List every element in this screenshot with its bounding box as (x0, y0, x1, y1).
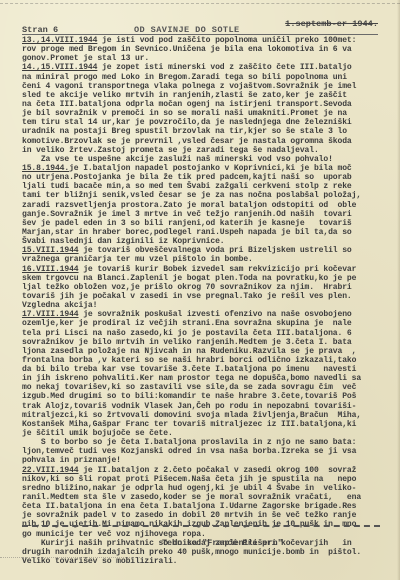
text-line: ozemlje,ker je prodiral iz večjih strani… (22, 319, 380, 328)
line-text: je sovražnik padel v to zasedo in dobil … (22, 511, 356, 520)
text-line: 16.VIII.1944 je tovariš kurir Bobek izve… (22, 265, 380, 274)
entry-date: 14.,15.VIII.1944 (22, 63, 97, 72)
line-text: ljali tudi bacače min,a so med tem Švabi… (22, 182, 352, 191)
text-line: 13.,14.VIII.1944 je isti vod pod zaščito… (22, 36, 380, 45)
text-line: Marjan,star in hraber borec,podlegel ran… (22, 228, 380, 237)
line-text: Švabi naslednji dan izginili iz Koprivni… (22, 237, 224, 246)
line-text: je tovariš kurir Bobek izvedel sam rekvi… (79, 265, 357, 274)
line-text: je ščitil umik bojujoče se čete. (22, 429, 173, 438)
line-text: vražnega graničarja ter mu vzel pištolo … (22, 255, 253, 264)
text-line: na četa III.bataljona odprla močan ogenj… (22, 100, 380, 109)
document-page: Stran 6 OD SAVINJE DO SOTLE 1.septemb-er… (0, 0, 400, 580)
text-line: zaradi razsvetljenja prostora.Zato je mo… (22, 201, 380, 210)
dashed-divider (22, 525, 380, 527)
text-line: izgub.Med drugimi so to bili:komandir te… (22, 392, 380, 401)
line-text: uradnik na postaji Breg spustil brzovlak… (22, 127, 347, 136)
line-text: je zopet isti minerski vod z zaščito čet… (97, 63, 351, 72)
text-line: nikov,ki so šli ropat proti Pišecem.Naša… (22, 475, 380, 484)
entry-date: 15.VIII.1944 (22, 246, 79, 255)
line-text: četa II.bataljona in ena četa I.bataljon… (22, 502, 356, 511)
text-line: četa II.bataljona in ena četa I.bataljon… (22, 502, 380, 511)
line-text: trak Alojz,tovariš vodnik Vlasek Jan,Čeh… (22, 402, 356, 411)
line-text: rov proge med Bregom in Sevnico.Uničena … (22, 45, 352, 54)
line-text: je sovražnik poskušal izvesti ofenzivo n… (79, 310, 352, 319)
text-line: ljon,temveč tudi ves Kozjanski odred in … (22, 447, 380, 456)
text-line: tami ter bližnji senik,vsled česar se je… (22, 191, 380, 200)
line-text: mitraljezci,ki so žrtvovali domovini svo… (22, 411, 361, 420)
line-text: Vzgledna akcija! (22, 301, 97, 310)
text-line: je sovražnik padel v to zasedo in dobil … (22, 511, 380, 520)
text-line: šev je padel eden in 3 so bili ranjeni,o… (22, 219, 380, 228)
line-text: ljon,temveč tudi ves Kozjanski odred in … (22, 447, 356, 456)
line-text: S to borbo so je četa I.bataljona prosla… (22, 438, 356, 447)
text-line: ganje.Sovražnik je imel 3 mrtve in več t… (22, 210, 380, 219)
text-line: skem trgovcu na Blanci.Zaplenil je bogat… (22, 274, 380, 283)
line-text: tovariš jih je počakal v zasedi in vse p… (22, 292, 352, 301)
text-line: in jih iskreno pohvaliti.Ker nam prostor… (22, 374, 380, 383)
text-line: na miniral progo med Loko in Bregom.Zara… (22, 73, 380, 82)
text-line: tela pri Lisci na našo zasedo,ki jo je p… (22, 329, 380, 338)
line-text: izgub.Med drugimi so to bili:komandir te… (22, 392, 356, 401)
text-line: je bil sovražnik v premoči in so se mora… (22, 109, 380, 118)
line-text: tami ter bližnji senik,vsled česar se je… (22, 191, 361, 200)
text-line: komotive.Brzovlak se je prevrnil ,vsled … (22, 137, 380, 146)
line-text: Za vse te uspešne akcije zasluži naš min… (22, 155, 333, 164)
text-line: 14.,15.VIII.1944 je zopet isti minerski … (22, 63, 380, 72)
line-text: je tovariš obveščevalnega voda pri Bizel… (79, 246, 352, 255)
text-line: trak Alojz,tovariš vodnik Vlasek Jan,Čeh… (22, 402, 380, 411)
line-text: je isti vod pod zaščito popolnoma uničil… (97, 36, 356, 45)
line-text: komotive.Brzovlak se je prevrnil ,vsled … (22, 137, 352, 146)
line-text: pohvala in priznanje! (22, 456, 121, 465)
text-line: Vzgledna akcija! (22, 301, 380, 310)
line-text: tela pri Lisci na našo zasedo,ki jo je p… (22, 329, 352, 338)
line-text: na četa III.bataljona odprla močan ogenj… (22, 100, 352, 109)
line-text: mo nekaj tovarišev,ki so zastavili vse s… (22, 383, 356, 392)
line-text: zaradi razsvetljenja prostora.Zato je mo… (22, 201, 356, 210)
text-line: gonov.Promet je stal 13 ur. (22, 54, 380, 63)
text-line: sled te akcije veliko mrtvih in ranjenih… (22, 91, 380, 100)
text-line: Švabi naslednji dan izginili iz Koprivni… (22, 237, 380, 246)
line-text: ljal težko obložen voz,je prišlo okrog 7… (22, 283, 352, 292)
text-line: 17.VIII.1944 je sovražnik poskušal izves… (22, 310, 380, 319)
text-line: 15.VIII.1944 je tovariš obveščevalnega v… (22, 246, 380, 255)
line-text: na miniral progo med Loko in Bregom.Zara… (22, 73, 347, 82)
line-text: nikov,ki so šli ropat proti Pišecem.Naša… (22, 475, 356, 484)
text-line: no utrjena.Postojanka je bila že tik pre… (22, 173, 380, 182)
text-line: Kostanšek Miha,Gašpar Franc ter tovariš … (22, 420, 380, 429)
text-line: rov proge med Bregom in Sevnico.Uničena … (22, 45, 380, 54)
entry-date: 16.VIII.1944 (22, 265, 79, 274)
text-line: ranil.Medtem sta šle v zasedo,koder se j… (22, 493, 380, 502)
footer-credit: Tehnika:"Francé Prešern" (162, 538, 283, 548)
line-text: je I.bataljon napadel postojanko v Kopri… (69, 164, 352, 173)
text-line: frontalna borba ,v kateri so se naši hra… (22, 356, 380, 365)
line-text: gonov.Promet je stal 13 ur. (22, 54, 149, 63)
entry-date: 13.,14.VIII.1944 (22, 36, 97, 45)
text-line: S to borbo so je četa I.bataljona prosla… (22, 438, 380, 447)
text-line: vražnega graničarja ter mu vzel pištolo … (22, 255, 380, 264)
line-text: sredno bližino,nakar je odprla hud ogenj… (22, 484, 356, 493)
line-text: je II.bataljon z 2.četo počakal v zasedi… (79, 466, 357, 475)
issue-date: 1.septemb-er 1944. (285, 19, 378, 29)
line-text: sled te akcije veliko mrtvih in ranjenih… (22, 91, 347, 100)
entry-date: 15.8.1944. (22, 164, 69, 173)
text-line: ljona zasedla položaje na Njivcah in na … (22, 347, 380, 356)
line-text: je bil sovražnik v premoči in so se mora… (22, 109, 347, 118)
text-line: čeni 4 vagoni transportnega vlaka polneg… (22, 82, 380, 91)
entry-date: 17.VIII.1944 (22, 310, 79, 319)
text-line: uradnik na postaji Breg spustil brzovlak… (22, 127, 380, 136)
text-line: ljal težko obložen voz,je prišlo okrog 7… (22, 283, 380, 292)
text-line: Za vse te uspešne akcije zasluži naš min… (22, 155, 380, 164)
text-line: mo nekaj tovarišev,ki so zastavili vse s… (22, 383, 380, 392)
text-line: je ščitil umik bojujoče se čete. (22, 429, 380, 438)
text-line: in veliko žrtev.Zastoj prometa se je zar… (22, 146, 380, 155)
line-text: in veliko žrtev.Zastoj prometa se je zar… (22, 146, 319, 155)
line-text: in jih iskreno pohvaliti.Ker nam prostor… (22, 374, 361, 383)
text-line: sredno bližino,nakar je odprla hud ogenj… (22, 484, 380, 493)
text-line: 15.8.1944.je I.bataljon napadel postojan… (22, 164, 380, 173)
line-text: Marjan,star in hraber borec,podlegel ran… (22, 228, 352, 237)
line-text: no utrjena.Postojanka je bila že tik pre… (22, 173, 352, 182)
line-text: tem tiru stal 14 ur,kar je povzročilo,da… (22, 118, 352, 127)
line-text: šev je padel eden in 3 so bili ranjeni,o… (22, 219, 352, 228)
text-line: sovražnikov je bilo mrtvih in veliko ran… (22, 338, 380, 347)
line-text: drugih narodnih izdajalcih preko 40 pušk… (22, 548, 361, 557)
text-line: 22.VIII.1944 je II.bataljon z 2.četo poč… (22, 466, 380, 475)
line-text: da bi bilo treba kar vse tovariše 3.čete… (22, 365, 356, 374)
entry-date: 22.VIII.1944 (22, 466, 79, 475)
line-text: frontalna borba ,v kateri so se naši hra… (22, 356, 356, 365)
header-rule (22, 34, 378, 35)
text-line: tovariš jih je počakal v zasedi in vse p… (22, 292, 380, 301)
line-text: ganje.Sovražnik je imel 3 mrtve in več t… (22, 210, 352, 219)
text-line: drugih narodnih izdajalcih preko 40 pušk… (22, 548, 380, 557)
text-line: da bi bilo treba kar vse tovariše 3.čete… (22, 365, 380, 374)
line-text: sovražnikov je bilo mrtvih in veliko ran… (22, 338, 352, 347)
ink-smudge (0, 3, 400, 10)
line-text: Kostanšek Miha,Gašpar Franc ter tovariš … (22, 420, 356, 429)
text-line: tem tiru stal 14 ur,kar je povzročilo,da… (22, 118, 380, 127)
text-line: mitraljezci,ki so žrtvovali domovini svo… (22, 411, 380, 420)
ink-smudge (0, 557, 140, 560)
line-text: ozemlje,ker je prodiral iz večjih strani… (22, 319, 352, 328)
line-text: skem trgovcu na Blanci.Zaplenil je bogat… (22, 274, 356, 283)
line-text: čeni 4 vagoni transportnega vlaka polneg… (22, 82, 356, 91)
line-text: ljona zasedla položaje na Njivcah in na … (22, 347, 356, 356)
text-line: pohvala in priznanje! (22, 456, 380, 465)
line-text: ranil.Medtem sta šle v zasedo,koder se j… (22, 493, 361, 502)
text-line: ljali tudi bacače min,a so med tem Švabi… (22, 182, 380, 191)
body-text: 13.,14.VIII.1944 je isti vod pod zaščito… (22, 36, 380, 566)
